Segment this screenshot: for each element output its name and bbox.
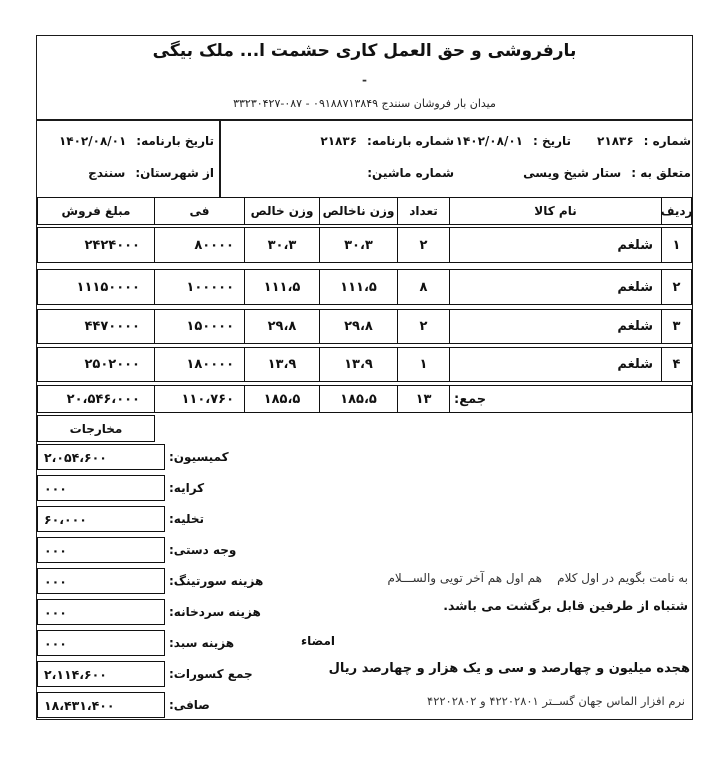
item-name: شلغم <box>449 348 661 381</box>
table-header-row: ردیف نام کالا تعداد وزن ناخالص وزن خالص … <box>37 197 692 225</box>
expense-value-box: ۶۰،۰۰۰ <box>37 506 165 532</box>
expense-value-box: ۰۰۰ <box>37 599 165 625</box>
info-right-group: شماره : ۲۱۸۳۶ تاریخ : ۱۴۰۲/۰۸/۰۱ متعلق ب… <box>455 128 691 186</box>
gross-weight: ۲۹،۸ <box>319 310 397 343</box>
expense-label: کرایه: <box>169 475 204 501</box>
table-row: ۲ شلغم ۸ ۱۱۱،۵ ۱۱۱،۵ ۱۰۰۰۰۰ ۱۱۱۵۰۰۰۰ <box>37 269 692 305</box>
sale-amount: ۲۴۲۴۰۰۰ <box>38 228 154 262</box>
col-header-amount: مبلغ فروش <box>38 198 154 224</box>
row-number: ۱ <box>661 228 691 262</box>
expense-value: ۰۰۰ <box>44 636 67 651</box>
table-row: ۳ شلغم ۲ ۲۹،۸ ۲۹،۸ ۱۵۰۰۰۰ ۴۴۷۰۰۰۰ <box>37 309 692 344</box>
row-number: ۳ <box>661 310 691 343</box>
count: ۸ <box>397 270 449 304</box>
col-header-gross: وزن ناخالص <box>319 198 397 224</box>
unit-price: ۱۰۰۰۰۰ <box>154 270 244 304</box>
belongs-row: متعلق به : ستار شیخ ویسی <box>455 160 691 186</box>
net-weight: ۳۰،۳ <box>244 228 319 262</box>
expense-value-box: ۰۰۰ <box>37 568 165 594</box>
info-middle-group: شماره بارنامه: ۲۱۸۳۶ شماره ماشین: <box>298 128 454 186</box>
total-price: ۱۱۰،۷۶۰ <box>154 386 244 412</box>
row-number: ۴ <box>661 348 691 381</box>
row-number: ۲ <box>661 270 691 304</box>
waybill-number-value: ۲۱۸۳۶ <box>320 134 357 148</box>
total-net: ۱۸۵،۵ <box>244 386 319 412</box>
col-header-row: ردیف <box>661 198 691 224</box>
expense-value-box: ۲،۰۵۴،۶۰۰ <box>37 444 165 470</box>
expense-value: ۶۰،۰۰۰ <box>44 512 87 527</box>
table-total-row: جمع: ۱۳ ۱۸۵،۵ ۱۸۵،۵ ۱۱۰،۷۶۰ ۲۰،۵۴۶،۰۰۰ <box>37 385 692 413</box>
belongs-label: متعلق به : <box>631 166 691 180</box>
waybill-date-row: تاریخ بارنامه: ۱۴۰۲/۰۸/۰۱ <box>42 128 214 154</box>
waybill-number-row: شماره بارنامه: ۲۱۸۳۶ <box>298 128 454 154</box>
count: ۲ <box>397 310 449 343</box>
table-row: ۱ شلغم ۲ ۳۰،۳ ۳۰،۳ ۸۰۰۰۰ ۲۴۲۴۰۰۰ <box>37 227 692 263</box>
sale-amount: ۲۵۰۲۰۰۰ <box>38 348 154 381</box>
net-weight: ۱۱۱،۵ <box>244 270 319 304</box>
item-name: شلغم <box>449 310 661 343</box>
total-amount: ۲۰،۵۴۶،۰۰۰ <box>38 386 154 412</box>
unit-price: ۱۵۰۰۰۰ <box>154 310 244 343</box>
total-gross: ۱۸۵،۵ <box>319 386 397 412</box>
expense-value-box: ۰۰۰ <box>37 630 165 656</box>
expense-label: جمع کسورات: <box>169 661 253 687</box>
invoice-number-label: شماره : <box>644 134 691 148</box>
belongs-value: ستار شیخ ویسی <box>523 166 621 180</box>
sale-amount: ۱۱۱۵۰۰۰۰ <box>38 270 154 304</box>
machine-number-label: شماره ماشین: <box>367 166 454 180</box>
unit-price: ۱۸۰۰۰۰ <box>154 348 244 381</box>
gross-weight: ۱۱۱،۵ <box>319 270 397 304</box>
net-weight: ۲۹،۸ <box>244 310 319 343</box>
item-name: شلغم <box>449 228 661 262</box>
expense-label: هزینه سورتینگ: <box>169 568 263 594</box>
machine-number-row: شماره ماشین: <box>298 160 454 186</box>
unit-price: ۸۰۰۰۰ <box>154 228 244 262</box>
title-dash: - <box>37 73 692 87</box>
expense-value: ۰۰۰ <box>44 543 67 558</box>
expense-label: هزینه سردخانه: <box>169 599 261 625</box>
info-left-group: تاریخ بارنامه: ۱۴۰۲/۰۸/۰۱ از شهرستان: سن… <box>42 128 214 186</box>
expense-value-box: ۰۰۰ <box>37 537 165 563</box>
col-header-item: نام کالا <box>449 198 661 224</box>
item-name: شلغم <box>449 270 661 304</box>
expense-label: کمیسیون: <box>169 444 229 470</box>
expense-value: ۲،۱۱۴،۶۰۰ <box>44 667 107 682</box>
table-row: ۴ شلغم ۱ ۱۳،۹ ۱۳،۹ ۱۸۰۰۰۰ ۲۵۰۲۰۰۰ <box>37 347 692 382</box>
software-credit: نرم افزار الماس جهان گســتر ۴۲۲۰۲۸۰۱ و ۴… <box>300 694 685 708</box>
total-count: ۱۳ <box>397 386 449 412</box>
from-city-label: از شهرستان: <box>135 166 214 180</box>
gross-weight: ۳۰،۳ <box>319 228 397 262</box>
total-label: جمع: <box>449 386 691 412</box>
invoice-number-value: ۲۱۸۳۶ <box>597 134 634 148</box>
invoice-page: بارفروشی و حق العمل کاری حشمت ا... ملک ب… <box>0 0 725 765</box>
gross-weight: ۱۳،۹ <box>319 348 397 381</box>
waybill-date-label: تاریخ بارنامه: <box>136 134 214 148</box>
invoice-date-value: ۱۴۰۲/۰۸/۰۱ <box>456 134 523 148</box>
col-header-net: وزن خالص <box>244 198 319 224</box>
expense-value-box: ۰۰۰ <box>37 475 165 501</box>
expense-label: هزینه سبد: <box>169 630 234 656</box>
signature-label: امضاء <box>301 634 335 648</box>
invoice-date-label: تاریخ : <box>533 134 571 148</box>
waybill-number-label: شماره بارنامه: <box>367 134 454 148</box>
expense-value: ۲،۰۵۴،۶۰۰ <box>44 450 107 465</box>
expense-value-box: ۲،۱۱۴،۶۰۰ <box>37 661 165 687</box>
from-city-row: از شهرستان: سنندج <box>42 160 214 186</box>
expense-label: صافی: <box>169 692 210 718</box>
col-header-price: فی <box>154 198 244 224</box>
col-header-count: تعداد <box>397 198 449 224</box>
from-city-value: سنندج <box>88 166 125 180</box>
address-line: میدان بار فروشان سنندج ۰۹۱۸۸۷۱۳۸۴۹ - ۰۸۷… <box>37 97 692 110</box>
invoice-number-row: شماره : ۲۱۸۳۶ تاریخ : ۱۴۰۲/۰۸/۰۱ <box>455 128 691 154</box>
expense-value: ۰۰۰ <box>44 481 67 496</box>
header-divider <box>37 119 692 121</box>
expense-label: وجه دستی: <box>169 537 236 563</box>
expense-label: تخلیه: <box>169 506 204 532</box>
sale-amount: ۴۴۷۰۰۰۰ <box>38 310 154 343</box>
count: ۲ <box>397 228 449 262</box>
expense-value: ۱۸،۴۳۱،۴۰۰ <box>44 698 115 713</box>
page-title: بارفروشی و حق العمل کاری حشمت ا... ملک ب… <box>37 41 692 61</box>
amount-in-words: هجده میلیون و چهارصد و سی و یک هزار و چه… <box>300 661 690 676</box>
count: ۱ <box>397 348 449 381</box>
expense-value-box: ۱۸،۴۳۱،۴۰۰ <box>37 692 165 718</box>
verse-line: به نامت بگویم در اول کلام هم اول هم آخر … <box>300 571 688 585</box>
expense-value: ۰۰۰ <box>44 574 67 589</box>
info-divider <box>219 121 221 198</box>
expense-value: ۰۰۰ <box>44 605 67 620</box>
expenses-title: مخارجات <box>37 415 155 442</box>
return-note: شتباه از طرفین قابل برگشت می باشد. <box>300 598 688 613</box>
net-weight: ۱۳،۹ <box>244 348 319 381</box>
waybill-date-value: ۱۴۰۲/۰۸/۰۱ <box>59 134 126 148</box>
